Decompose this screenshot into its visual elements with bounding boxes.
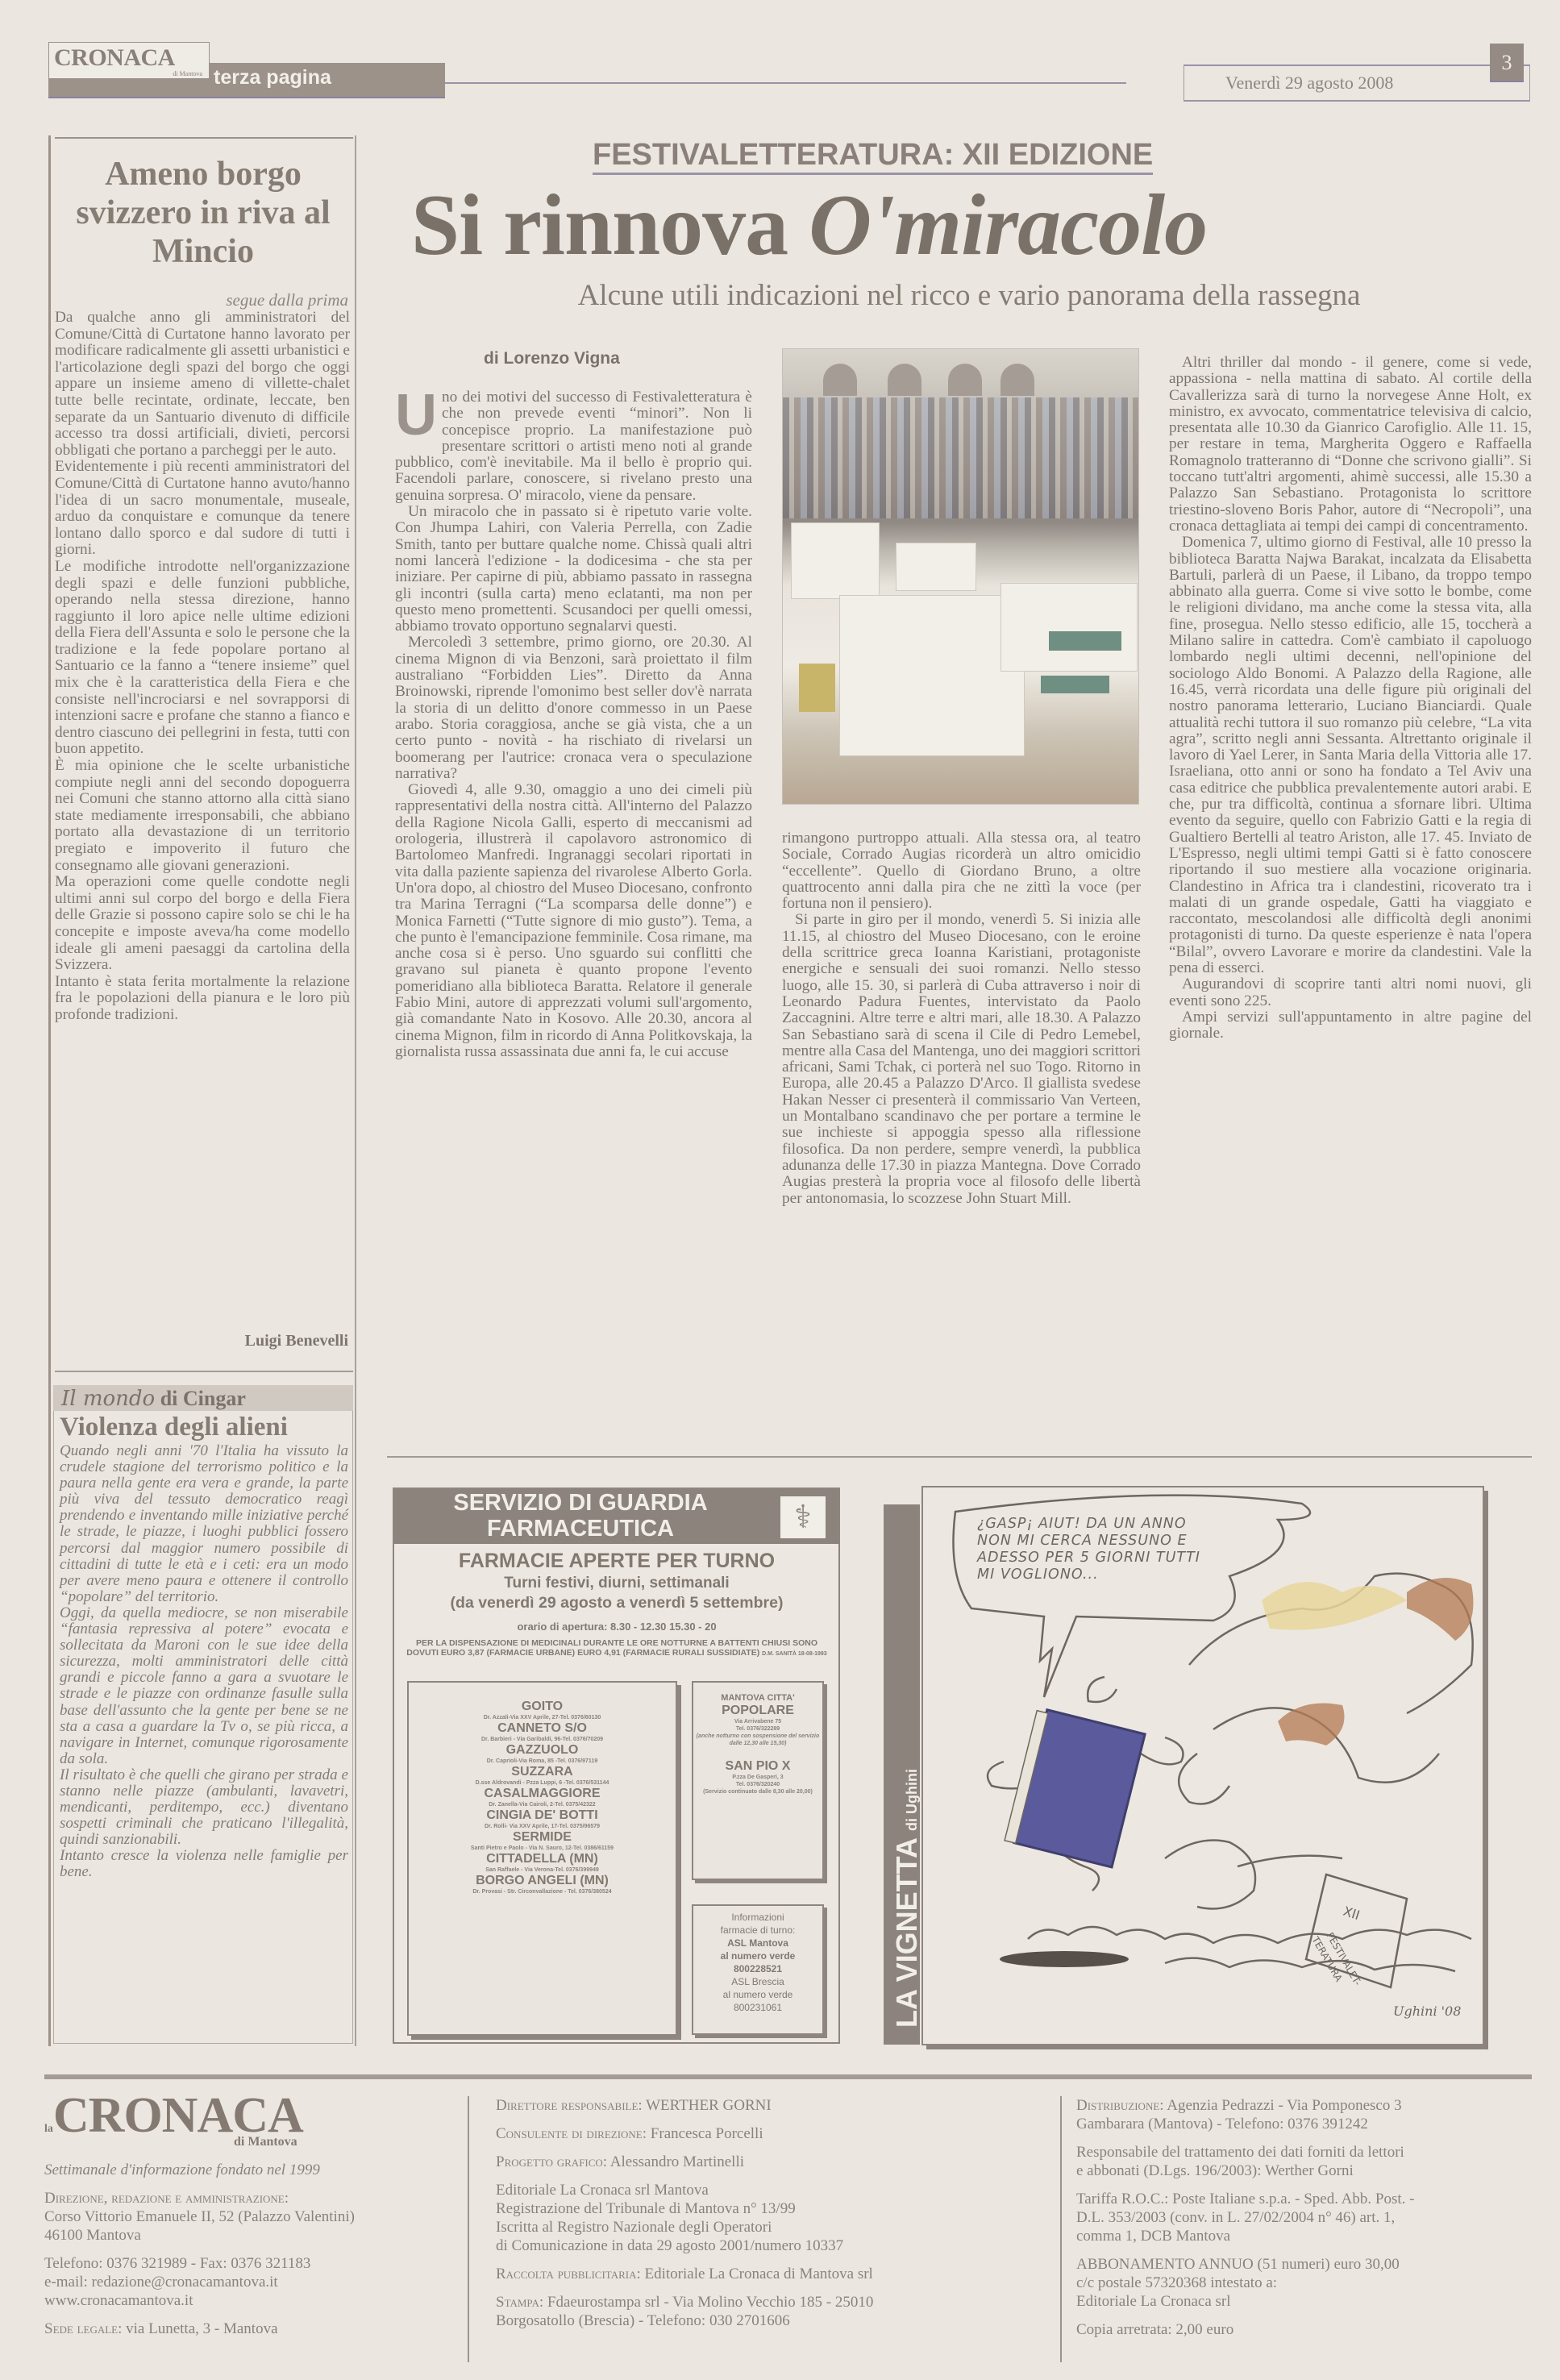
- footer-separator: [1060, 2096, 1062, 2362]
- back-issue-price: Copia arretrata: 2,00 euro: [1076, 2320, 1536, 2339]
- paragraph: Evidentemente i più recenti amministrato…: [55, 459, 350, 559]
- subheadline: Alcune utili indicazioni nel ricco e var…: [405, 278, 1533, 313]
- tagline: Settimanale d'informazione fondato nel 1…: [44, 2161, 464, 2179]
- paragraph: Intanto è stata ferita mortalmente la re…: [55, 974, 350, 1024]
- pharmacy-entry: CINGIA DE' BOTTIDr. Rolli- Via XXV April…: [409, 1808, 676, 1830]
- paragraph: Intanto cresce la violenza nelle famigli…: [60, 1848, 348, 1880]
- photo-arch: [823, 364, 857, 396]
- mantova-pharmacies: MANTOVA CITTA' POPOLARE Via Arrivabene 7…: [693, 1693, 822, 1795]
- pharmacy-name: POPOLARE: [693, 1703, 822, 1718]
- paragraph: Quando negli anni '70 l'Italia ha vissut…: [60, 1443, 348, 1605]
- pharmacy-hours: orario di apertura: 8.30 - 12.30 15.30 -…: [395, 1621, 838, 1633]
- section-name: terza pagina: [214, 66, 331, 89]
- festival-photo: [782, 348, 1139, 805]
- footer-distribution-info: Distribuzione: Agenzia Pedrazzi - Via Po…: [1076, 2096, 1536, 2349]
- paragraph: Il risultato è che quelli che girano per…: [60, 1767, 348, 1848]
- footer-logo-sub: di Mantova: [234, 2135, 297, 2149]
- headline-plain: Si rinnova: [411, 177, 809, 273]
- footer-rule: [44, 2074, 1532, 2079]
- content-divider: [387, 1456, 1532, 1458]
- photo-book-stack: [791, 522, 880, 599]
- website-link[interactable]: www.cronacamantova.it: [44, 2291, 464, 2310]
- cartoon-label: LA VIGNETTAdi Ughini: [890, 1769, 924, 2028]
- paragraph: È mia opinione che le scelte urbanistich…: [55, 758, 350, 874]
- photo-green-book: [1049, 631, 1121, 651]
- paragraph: Oggi, da quella mediocre, se non miserab…: [60, 1605, 348, 1767]
- email-link[interactable]: e-mail: redazione@cronacamantova.it: [44, 2273, 464, 2291]
- cingar-body: Quando negli anni '70 l'Italia ha vissut…: [60, 1443, 348, 1881]
- paragraph: Domenica 7, ultimo giorno di Festival, a…: [1169, 535, 1532, 976]
- pharmacy-title: FARMACIE APERTE PER TURNO: [395, 1550, 838, 1573]
- paragraph: Altri thriller dal mondo - il genere, co…: [1169, 355, 1532, 535]
- continued-from-front: segue dalla prima: [58, 290, 348, 310]
- pharmacy-entry: GOITODr. Azzali-Via XXV Aprile, 27-Tel. …: [409, 1700, 676, 1721]
- placard-text: XII: [1342, 1904, 1362, 1923]
- left-column-divider: [55, 1371, 353, 1372]
- article-kicker: FESTIVALETTERATURA: XII EDIZIONE: [593, 137, 1153, 175]
- left-column-top-rule: [55, 137, 353, 139]
- column-header-italic: Il mondo: [61, 1387, 155, 1411]
- photo-book-stack: [839, 595, 1025, 756]
- paragraph: Ampi servizi sull'appuntamento in altre …: [1169, 1009, 1532, 1042]
- paragraph: rimangono purtroppo attuali. Alla stessa…: [782, 830, 1141, 912]
- footer-separator: [468, 2096, 469, 2362]
- byline: di Lorenzo Vigna: [484, 349, 620, 368]
- photo-crowd: [783, 397, 1138, 518]
- left-article-body: Da qualche anno gli amministratori del C…: [55, 310, 350, 1024]
- page-number: 3: [1490, 44, 1524, 82]
- paragraph: Un miracolo che in passato si è ripetuto…: [395, 504, 752, 635]
- caduceus-icon: ⚕: [780, 1496, 826, 1538]
- headline: Si rinnova O'miracolo: [411, 176, 1540, 276]
- issue-date: Venerdì 29 agosto 2008: [1225, 73, 1393, 94]
- phone-fax: Telefono: 0376 321989 - Fax: 0376 321183: [44, 2254, 464, 2273]
- article-column-3: Altri thriller dal mondo - il genere, co…: [1169, 355, 1532, 1042]
- photo-arch: [948, 364, 982, 396]
- masthead-logo-sub: di Mantova: [173, 70, 202, 77]
- drop-cap: U: [395, 391, 437, 439]
- pharmacy-entry: SERMIDESanti Pietro e Paolo - Via N. Sau…: [409, 1830, 676, 1852]
- footer-staff-info: Direttore responsabile: WERTHER GORNI Co…: [496, 2096, 1052, 2340]
- pharmacy-entry: BORGO ANGELI (MN)Dr. Provasi - Str. Circ…: [409, 1874, 676, 1895]
- photo-arch: [888, 364, 921, 396]
- footer-publisher-info: Settimanale d'informazione fondato nel 1…: [44, 2161, 464, 2348]
- pharmacy-entry: SUZZARAD.sse Aldrovandi - Pzza Luppi, 6 …: [409, 1765, 676, 1787]
- photo-book-stack: [896, 543, 976, 591]
- photo-green-book: [1041, 676, 1109, 693]
- pharmacy-date-range: (da venerdì 29 agosto a venerdì 5 settem…: [395, 1594, 838, 1612]
- toll-free-number: 800228521: [693, 1962, 822, 1975]
- left-article-title: Ameno borgo svizzero in riva al Mincio: [58, 155, 348, 271]
- pharmacy-note: PER LA DISPENSAZIONE DI MEDICINALI DURAN…: [403, 1638, 830, 1659]
- paragraph: Le modifiche introdotte nell'organizzazi…: [55, 559, 350, 758]
- paragraph: Mercoledì 3 settembre, primo giorno, ore…: [395, 635, 752, 782]
- header-rule: [445, 82, 1126, 84]
- pharmacy-entry: CASALMAGGIOREDr. Zanella-Via Cairoli, 2-…: [409, 1787, 676, 1808]
- subscription-price: ABBONAMENTO ANNUO (51 numeri) euro 30,00: [1076, 2255, 1536, 2274]
- pharmacy-entry: GAZZUOLODr. Caprioli-Via Roma, 85 -Tel. …: [409, 1743, 676, 1765]
- left-article-author: Luigi Benevelli: [58, 1332, 348, 1350]
- paragraph: Si parte in giro per il mondo, venerdì 5…: [782, 912, 1141, 1206]
- cingar-title: Violenza degli alieni: [60, 1413, 288, 1442]
- pharmacy-banner-title: SERVIZIO DI GUARDIA FARMACEUTICA: [403, 1490, 758, 1542]
- pharmacy-entry: CITTADELLA (MN)San Raffaele - Via Verona…: [409, 1852, 676, 1874]
- photo-arch: [1000, 364, 1034, 396]
- pharmacy-info: Informazioni farmacie di turno: ASL Mant…: [693, 1911, 822, 2014]
- article-column-2: rimangono purtroppo attuali. Alla stessa…: [782, 830, 1141, 1207]
- paragraph: Ma operazioni come quelle condotte negli…: [55, 874, 350, 974]
- mantova-city-label: MANTOVA CITTA': [693, 1693, 822, 1703]
- column-header-author: di Cingar: [155, 1387, 246, 1410]
- photo-yellow-book: [799, 664, 835, 712]
- speech-bubble-text: ¿GASP¡ AIUT! DA UN ANNO NON MI CERCA NES…: [977, 1516, 1219, 1583]
- column-header-cingar: Il mondo di Cingar: [53, 1385, 353, 1411]
- masthead-logo[interactable]: CRONACA di Mantova: [48, 42, 210, 79]
- masthead-logo-text: CRONACA: [54, 44, 204, 72]
- pharmacy-note-decree: D.M. SANITÀ 18-08-1993: [762, 1651, 827, 1657]
- article-column-1: Uno dei motivi del successo di Festivale…: [395, 389, 752, 1060]
- cartoonist-signature: Ughini '08: [1393, 2003, 1461, 2019]
- pharmacy-list: GOITODr. Azzali-Via XXV Aprile, 27-Tel. …: [409, 1700, 676, 1895]
- pharmacy-entry: CANNETO S/ODr. Barbieri - Via Garibaldi,…: [409, 1721, 676, 1743]
- lead-paragraph: Uno dei motivi del successo di Festivale…: [395, 389, 752, 504]
- toll-free-number: 800231061: [693, 2001, 822, 2014]
- pharmacy-name: SAN PIO X: [693, 1758, 822, 1774]
- paragraph: Giovedì 4, alle 9.30, omaggio a uno dei …: [395, 782, 752, 1060]
- pharmacy-subtitle: Turni festivi, diurni, settimanali: [395, 1575, 838, 1592]
- paragraph: Augurandovi di scoprire tanti altri nomi…: [1169, 976, 1532, 1009]
- headline-italic: O'miracolo: [809, 177, 1207, 273]
- photo-book-stack: [1000, 583, 1138, 672]
- paragraph: Da qualche anno gli amministratori del C…: [55, 310, 350, 459]
